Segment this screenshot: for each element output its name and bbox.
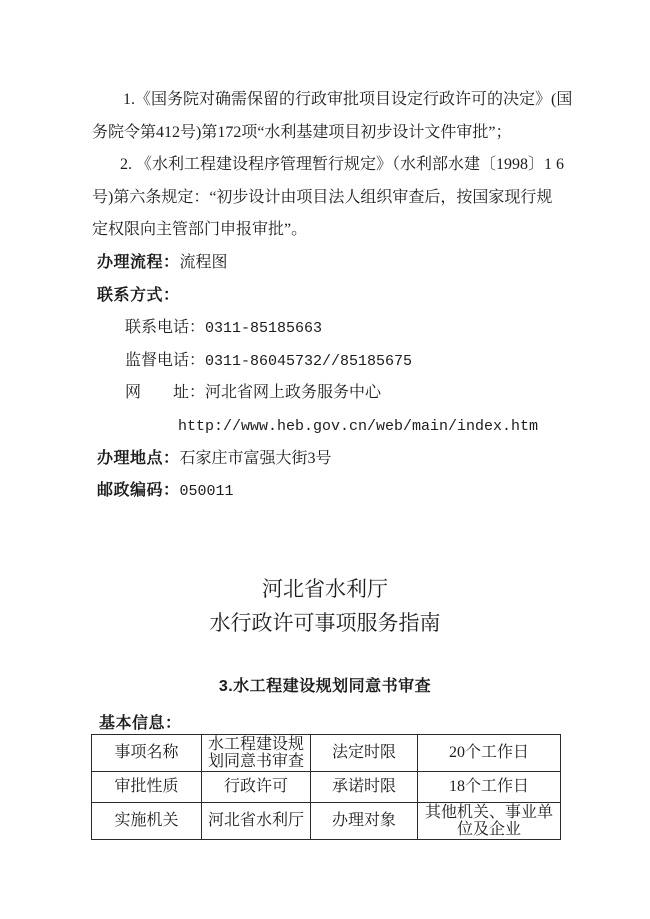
address-field: 办理地点：石家庄市富强大街3号 bbox=[92, 443, 650, 476]
supervision-value: 0311-86045732//85185675 bbox=[205, 353, 412, 370]
contact-label: 联系方式： bbox=[97, 287, 180, 304]
phone-field: 联系电话：0311-85185663 bbox=[92, 312, 650, 345]
row-label-cell: 事项名称 bbox=[92, 734, 202, 771]
org-title: 河北省水利厅 bbox=[0, 572, 650, 606]
legal-item2-line3: 定权限向主管部门申报审批”。 bbox=[92, 214, 650, 247]
legal-item1-line2: 务院令第412号)第172项“水利基建项目初步设计文件审批”； bbox=[92, 117, 650, 150]
row-value-cell: 河北省水利厅 bbox=[202, 802, 311, 839]
table-row: 实施机关 河北省水利厅 办理对象 其他机关、事业单位及企业 bbox=[92, 802, 561, 839]
row-label-cell: 实施机关 bbox=[92, 802, 202, 839]
website-url-line: http://www.heb.gov.cn/web/main/index.htm bbox=[92, 410, 650, 443]
table-row: 事项名称 水工程建设规划同意书审查 法定时限 20个工作日 bbox=[92, 734, 561, 771]
phone-label: 联系电话： bbox=[125, 319, 205, 336]
legal-item1-line1: 1.《国务院对确需保留的行政审批项目设定行政许可的决定》(国 bbox=[92, 84, 650, 117]
phone-value: 0311-85185663 bbox=[205, 320, 322, 337]
guide-title: 水行政许可事项服务指南 bbox=[0, 606, 650, 640]
row-value-cell: 20个工作日 bbox=[418, 734, 561, 771]
row-label-cell: 承诺时限 bbox=[311, 771, 418, 802]
legal-item2-line2: 号)第六条规定：“初步设计由项目法人组织审查后，按国家现行规 bbox=[92, 182, 650, 215]
process-label: 办理流程： bbox=[97, 254, 180, 271]
website-field: 网 址：河北省网上政务服务中心 bbox=[92, 377, 650, 410]
supervision-field: 监督电话：0311-86045732//85185675 bbox=[92, 345, 650, 378]
document-title-block: 河北省水利厅 水行政许可事项服务指南 bbox=[0, 572, 650, 640]
postcode-label: 邮政编码： bbox=[97, 482, 180, 499]
row-value-cell: 行政许可 bbox=[202, 771, 311, 802]
process-field: 办理流程：流程图 bbox=[92, 247, 650, 280]
row-value-cell: 其他机关、事业单位及企业 bbox=[418, 802, 561, 839]
row-value-cell: 水工程建设规划同意书审查 bbox=[202, 734, 311, 771]
row-label-cell: 审批性质 bbox=[92, 771, 202, 802]
row-label-cell: 法定时限 bbox=[311, 734, 418, 771]
address-value: 石家庄市富强大街3号 bbox=[180, 450, 332, 467]
website-url: http://www.heb.gov.cn/web/main/index.htm bbox=[178, 418, 538, 435]
row-label-cell: 办理对象 bbox=[311, 802, 418, 839]
website-label: 网 址： bbox=[125, 384, 205, 401]
row-value-cell: 18个工作日 bbox=[418, 771, 561, 802]
contact-header: 联系方式： bbox=[92, 280, 650, 313]
postcode-field: 邮政编码：050011 bbox=[92, 475, 650, 508]
process-value: 流程图 bbox=[180, 254, 228, 271]
address-label: 办理地点： bbox=[97, 450, 180, 467]
body-text: 1.《国务院对确需保留的行政审批项目设定行政许可的决定》(国 务院令第412号)… bbox=[92, 0, 650, 508]
website-value: 河北省网上政务服务中心 bbox=[205, 384, 381, 401]
basic-info-label: 基本信息： bbox=[99, 713, 650, 734]
basic-info-table: 事项名称 水工程建设规划同意书审查 法定时限 20个工作日 审批性质 行政许可 … bbox=[91, 734, 561, 840]
section-heading: 3.水工程建设规划同意书审查 bbox=[0, 677, 650, 697]
legal-item2-line1: 2. 《水利工程建设程序管理暂行规定》（水利部水建〔1998〕1 6 bbox=[92, 149, 650, 182]
supervision-label: 监督电话： bbox=[125, 352, 205, 369]
postcode-value: 050011 bbox=[180, 483, 234, 500]
table-row: 审批性质 行政许可 承诺时限 18个工作日 bbox=[92, 771, 561, 802]
document-page: 1.《国务院对确需保留的行政审批项目设定行政许可的决定》(国 务院令第412号)… bbox=[0, 0, 650, 919]
